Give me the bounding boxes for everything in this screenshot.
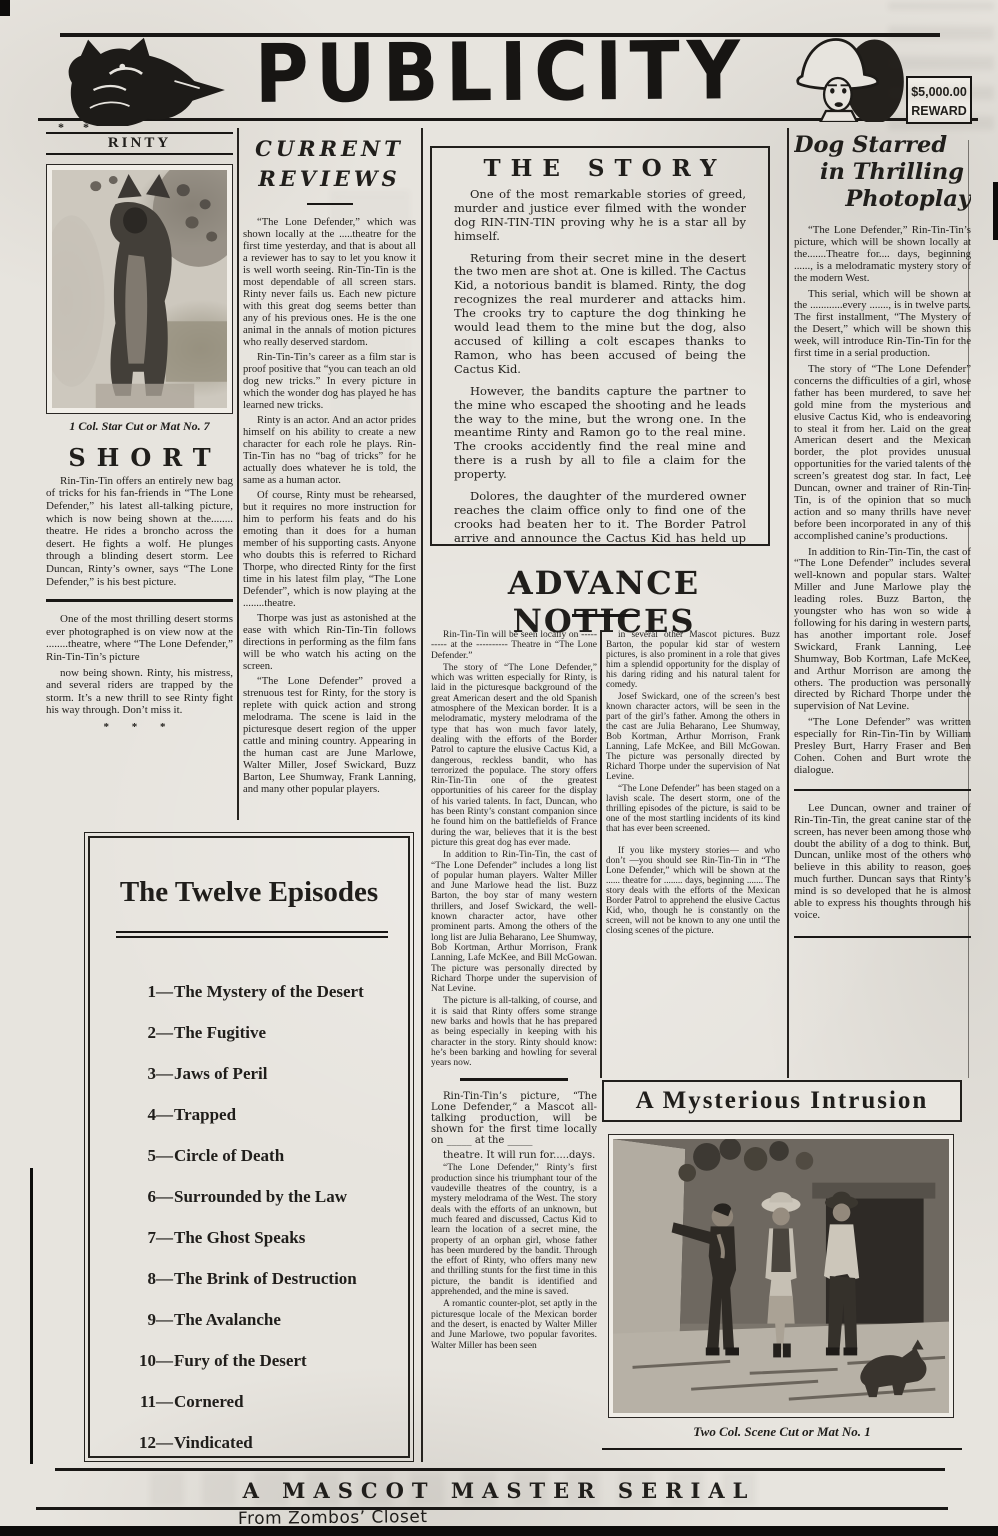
episode-item: 2—The Fugitive	[116, 1023, 382, 1043]
episode-title: Fury of the Desert	[173, 1351, 307, 1371]
episode-dash: —	[156, 1351, 173, 1371]
review-paragraph: Thorpe was just as astonished at the eas…	[243, 613, 416, 673]
advance-notices-right-column: in several other Mascot pictures. Buzz B…	[606, 630, 780, 1082]
footer-serial-text: A MASCOT MASTER SERIAL	[0, 1478, 998, 1503]
current-reviews-column: CURRENT REVIEWS “The Lone Defender,” whi…	[243, 134, 416, 824]
advance-left-divider	[460, 1078, 568, 1081]
advance-paragraph: Rin-Tin-Tin will be seen locally on ----…	[431, 630, 597, 661]
episode-number: 12	[116, 1433, 156, 1453]
scan-edge-bottom	[0, 1526, 998, 1536]
story-paragraph: Dolores, the daughter of the murdered ow…	[454, 490, 746, 546]
scene-photo-frame	[608, 1134, 954, 1418]
episode-number: 3	[116, 1064, 156, 1084]
twelve-episodes-inner: The Twelve Episodes 1—The Mystery of the…	[88, 836, 410, 1458]
review-paragraph: Rin-Tin-Tin’s career as a film star is p…	[243, 352, 416, 412]
mysterious-intrusion-title: A Mysterious Intrusion	[636, 1087, 929, 1115]
scene-photo	[613, 1139, 949, 1413]
scene-photo-art	[613, 1139, 949, 1413]
dog-starred-bottom-rule	[794, 936, 971, 938]
twelve-episodes-box: The Twelve Episodes 1—The Mystery of the…	[84, 832, 414, 1462]
scan-edge-left	[30, 1168, 33, 1464]
episode-title: Trapped	[173, 1105, 236, 1125]
episode-dash: —	[156, 1310, 173, 1330]
episode-title: Jaws of Peril	[173, 1064, 267, 1084]
episode-title: Cornered	[173, 1392, 244, 1412]
dog-starred-paragraph: In addition to Rin-Tin-Tin, the cast of …	[794, 547, 971, 714]
reward-word: REWARD	[908, 102, 970, 121]
reward-amount: $5,000.00	[908, 83, 970, 102]
episode-dash: —	[156, 1187, 173, 1207]
dog-starred-heading: Dog Starred in Thrilling Photoplay	[794, 132, 971, 213]
scan-edge-right	[993, 182, 998, 240]
episode-dash: —	[156, 1023, 173, 1043]
review-paragraph: Of course, Rinty must be rehearsed, but …	[243, 490, 416, 610]
advance-paragraph: If you like mystery stories— and who don…	[606, 846, 780, 936]
episode-title: The Mystery of the Desert	[173, 982, 364, 1002]
dog-starred-paragraph: “The Lone Defender,” Rin-Tin-Tin’s pictu…	[794, 225, 971, 285]
story-paragraph: Returing from their secret mine in the d…	[454, 252, 746, 377]
column-divider-2	[421, 128, 423, 1462]
dog-starred-heading-line3: Photoplay	[794, 186, 971, 213]
advance-paragraph: “The Lone Defender” has been staged on a…	[606, 784, 780, 834]
advance-paragraph: The picture is all-talking, of course, a…	[431, 996, 597, 1068]
episode-title: The Fugitive	[173, 1023, 266, 1043]
advance-paragraph: Rin-Tin-Tin’s picture, “The Lone Defende…	[431, 1091, 597, 1146]
twelve-episodes-title: The Twelve Episodes	[116, 876, 382, 909]
episode-item: 7—The Ghost Speaks	[116, 1228, 382, 1248]
short-stars: * * *	[46, 721, 233, 734]
episode-title: The Avalanche	[173, 1310, 281, 1330]
advance-paragraph: A romantic counter-plot, set aptly in th…	[431, 1299, 597, 1350]
episode-dash: —	[156, 1105, 173, 1125]
episode-number: 4	[116, 1105, 156, 1125]
short-paragraph: Rin-Tin-Tin offers an entirely new bag o…	[46, 475, 233, 588]
dog-starred-paragraph: This serial, which will be shown at the …	[794, 289, 971, 360]
story-paragraph: One of the most remarkable stories of gr…	[454, 188, 746, 244]
advance-column-divider	[600, 630, 602, 1078]
dog-head-illustration	[48, 36, 238, 126]
column-divider-3	[787, 128, 789, 1078]
story-heading: THE STORY	[454, 162, 746, 176]
cowboy-illustration	[786, 34, 908, 122]
short-paragraph: now being shown. Rinty, his mistress, an…	[46, 667, 233, 717]
dog-starred-paragraph: The story of “The Lone Defender” concern…	[794, 364, 971, 543]
advance-paragraph: In addition to Rin-Tin-Tin, the cast of …	[431, 850, 597, 994]
short-paragraph: One of the most thrilling desert storms …	[46, 613, 233, 663]
rinty-rule-top	[46, 132, 233, 134]
episode-number: 2	[116, 1023, 156, 1043]
episode-dash: —	[156, 1392, 173, 1412]
twelve-episodes-rule	[116, 931, 388, 938]
episode-number: 1	[116, 982, 156, 1002]
rinty-dog-photo-art	[52, 170, 227, 408]
episode-dash: —	[156, 1146, 173, 1166]
episode-title: The Ghost Speaks	[173, 1228, 305, 1248]
page-title: PUBLICITY	[230, 23, 771, 121]
footer-bottom-rule	[36, 1507, 948, 1510]
episode-item: 3—Jaws of Peril	[116, 1064, 382, 1084]
episode-number: 10	[116, 1351, 156, 1371]
advance-paragraph: in several other Mascot pictures. Buzz B…	[606, 630, 780, 690]
reward-sign: $5,000.00 REWARD	[906, 76, 972, 124]
episode-dash: —	[156, 1228, 173, 1248]
review-paragraph: “The Lone Defender” proved a strenuous t…	[243, 676, 416, 796]
episode-number: 11	[116, 1392, 156, 1412]
mysterious-intrusion-title-box: A Mysterious Intrusion	[602, 1080, 962, 1122]
episode-dash: —	[156, 1269, 173, 1289]
episode-item: 5—Circle of Death	[116, 1146, 382, 1166]
episode-item: 8—The Brink of Destruction	[116, 1269, 382, 1289]
rinty-photo	[52, 170, 227, 408]
left-column: RINTY 1 Col. Star Cut or Mat No. 7 SHORT…	[46, 132, 233, 736]
advance-paragraph: The story of “The Lone Defender,” which …	[431, 663, 597, 848]
dog-starred-heading-line1: Dog Starred	[794, 132, 971, 159]
rinty-label: RINTY	[46, 137, 233, 150]
dog-starred-column: Dog Starred in Thrilling Photoplay “The …	[794, 132, 971, 1058]
short-divider	[46, 599, 233, 602]
episode-dash: —	[156, 1064, 173, 1084]
episode-item: 4—Trapped	[116, 1105, 382, 1125]
episode-item: 1—The Mystery of the Desert	[116, 982, 382, 1002]
episode-item: 10—Fury of the Desert	[116, 1351, 382, 1371]
footer-top-rule	[55, 1468, 945, 1471]
episode-item: 6—Surrounded by the Law	[116, 1187, 382, 1207]
review-paragraph: Rinty is an actor. And an actor prides h…	[243, 415, 416, 487]
current-reviews-rule	[307, 203, 353, 205]
episode-number: 8	[116, 1269, 156, 1289]
scene-photo-caption: Two Col. Scene Cut or Mat No. 1	[602, 1424, 962, 1440]
current-reviews-heading-line2: REVIEWS	[243, 164, 416, 194]
dog-starred-paragraph: “The Lone Defender” was written especial…	[794, 717, 971, 777]
intrusion-bottom-rule	[602, 1448, 962, 1450]
episode-dash: —	[156, 1433, 173, 1453]
advance-paragraph: “The Lone Defender,” Rinty’s first produ…	[431, 1163, 597, 1297]
advance-notices-heading: ADVANCE NOTICES	[430, 564, 778, 640]
dog-starred-heading-line2: in Thrilling	[794, 159, 971, 186]
episode-title: Circle of Death	[173, 1146, 284, 1166]
episode-dash: —	[156, 982, 173, 1002]
episode-item: 12—Vindicated	[116, 1433, 382, 1453]
episode-item: 11—Cornered	[116, 1392, 382, 1412]
rule-line	[116, 931, 388, 933]
episode-title: Surrounded by the Law	[173, 1187, 347, 1207]
rule-line	[116, 936, 388, 938]
rinty-photo-caption: 1 Col. Star Cut or Mat No. 7	[46, 420, 233, 433]
episode-number: 7	[116, 1228, 156, 1248]
scan-edge-corner	[0, 0, 10, 16]
episode-title: Vindicated	[173, 1433, 253, 1453]
advance-paragraph: theatre. It will run for.....days.	[431, 1150, 597, 1161]
episode-number: 5	[116, 1146, 156, 1166]
review-paragraph: “The Lone Defender,” which was shown loc…	[243, 217, 416, 349]
episode-number: 9	[116, 1310, 156, 1330]
dog-head-artwork	[48, 36, 238, 126]
episode-item: 9—The Avalanche	[116, 1310, 382, 1330]
story-box: THE STORY One of the most remarkable sto…	[430, 146, 770, 546]
current-reviews-heading-line1: CURRENT	[243, 134, 416, 164]
pressbook-page: { "header": { "title": "PUBLICITY", "rew…	[0, 0, 998, 1536]
advance-paragraph: Josef Swickard, one of the screen’s best…	[606, 692, 780, 782]
rinty-rule-bottom	[46, 153, 233, 155]
cowboy-artwork	[786, 34, 908, 122]
episode-title: The Brink of Destruction	[173, 1269, 357, 1289]
rinty-photo-frame	[46, 164, 233, 414]
episode-list: 1—The Mystery of the Desert 2—The Fugiti…	[116, 982, 382, 1453]
dog-starred-divider	[794, 789, 971, 791]
dog-starred-paragraph: Lee Duncan, owner and trainer of Rin-Tin…	[794, 803, 971, 922]
advance-notices-underline	[572, 614, 638, 617]
advance-notices-left-column: Rin-Tin-Tin will be seen locally on ----…	[431, 630, 597, 1464]
column-divider-1	[237, 128, 239, 820]
story-paragraph: However, the bandits capture the partner…	[454, 385, 746, 482]
short-heading: SHORT	[46, 452, 233, 465]
episode-number: 6	[116, 1187, 156, 1207]
